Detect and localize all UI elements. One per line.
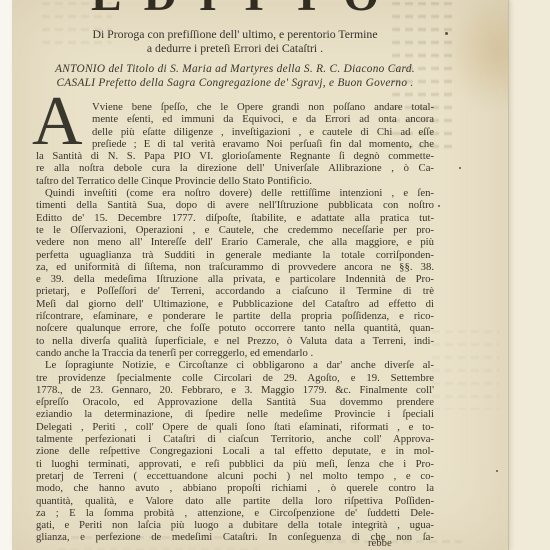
text-line: Meſi dal giorno dell' Ultimazione, e Pub… [36,298,434,310]
text-line: modo, che hanno avuto , abbiano propoſti… [36,482,434,494]
text-line: re alla noſtra debole cura la direzione … [36,162,434,174]
author-heading-line: CASALI Prefetto della Sagra Congregazion… [26,76,444,90]
text-line: mente eſenti, ed immuni da Equivoci, e d… [36,113,434,125]
text-line: cando anche la Traccia da tenerſi per co… [36,347,434,359]
text-line: Quindi inveſtiti (come era noſtro dovere… [36,187,434,199]
edict-subtitle: Di Proroga con prefiſſione dell' ultimo,… [36,27,434,55]
text-line: riſcontrare, eſaminare, e ponderare le p… [36,310,434,322]
text-line: Le ſopragiunte Notizie, e Circoſtanze ci… [36,359,434,371]
text-line: eziandio la determinazione, di ſpedire n… [36,408,434,420]
text-line: pretarj de Terreni ( eccettuandone alcun… [36,470,434,482]
text-line: e 39. della medeſima Iſtruzione alla pri… [36,273,434,285]
text-line: timenti della Santità Sua, dopo di avere… [36,199,434,211]
text-line: tre providenze ſpecialmente colle Circol… [36,372,434,384]
text-line: delle più eſatte diligenze , inveſtigazi… [36,126,434,138]
text-line: gati, e Periti non laſcia più luogo a du… [36,519,434,531]
ink-speck [496,470,498,472]
subtitle-line: Di Proroga con prefiſſione dell' ultimo,… [36,27,434,41]
text-line: eſpreſſo Oracolo, ed Approvazione della … [36,396,434,408]
text-line: talmente perfezionati i Cataſtri di ciaſ… [36,433,434,445]
author-heading: ANTONIO del Titolo di S. Maria ad Martyr… [26,62,444,90]
text-line: noſcere qualunque errore, che foſſe potu… [36,322,434,334]
text-line: perfetta uguaglianza trà Sudditi in gene… [36,249,434,261]
author-heading-line: ANTONIO del Titolo di S. Maria ad Martyr… [26,62,444,76]
text-line: quantità, qualità, e Valore dato alle pa… [36,495,434,507]
text-line: ti luoghi terminati, approvati, e reſi p… [36,458,434,470]
text-line: Delegati , Periti , coll' Opere de quali… [36,421,434,433]
text-line: la Santità di N. S. Papa PIO VI. glorioſ… [36,150,434,162]
bleed-through-texture [432,330,500,410]
text-line: zione delle reſpettive Congregazioni Loc… [36,445,434,457]
scanned-document: EDITTO Di Proroga con prefiſſione dell' … [0,0,550,550]
edict-title: EDITTO [12,0,458,18]
ink-speck [438,205,440,207]
catchword: rebbe [368,537,392,549]
document-page: EDITTO Di Proroga con prefiſſione dell' … [12,0,509,550]
text-line: Vviene bene ſpeſſo, che le Opere grandi … [36,101,434,113]
ink-speck [445,32,448,35]
text-line: za ; E la ſomma probità , attenzione, e … [36,507,434,519]
text-line: te le Oſſervazioni, Operazioni , e Caute… [36,224,434,236]
text-line: to nella diverſa qualità ſuperficiale, e… [36,335,434,347]
scan-left-edge [0,0,12,550]
text-line: prietarj, e Poſſeſſori de' Terreni, acco… [36,285,434,297]
text-line: Editto de' 15. Decembre 1777. diſpoſte, … [36,212,434,224]
text-line: preſiede ; E di tal verità eravamo Noi p… [36,138,434,150]
text-line: 1778., de 23. Gennaro, 20. Febbraro, e 3… [36,384,434,396]
subtitle-line: a dedurre i preteſi Errori dei Cataſtri … [36,41,434,55]
body-text: Vviene bene ſpeſſo, che le Opere grandi … [36,101,434,544]
ink-speck [459,167,461,169]
text-line: za, ed uniformità di ſiſtema, non traſcu… [36,261,434,273]
text-line: taſtro del Terratico delle Cinque Provin… [36,175,434,187]
text-line: vedere non meno all' Intereſſe dell' Era… [36,236,434,248]
